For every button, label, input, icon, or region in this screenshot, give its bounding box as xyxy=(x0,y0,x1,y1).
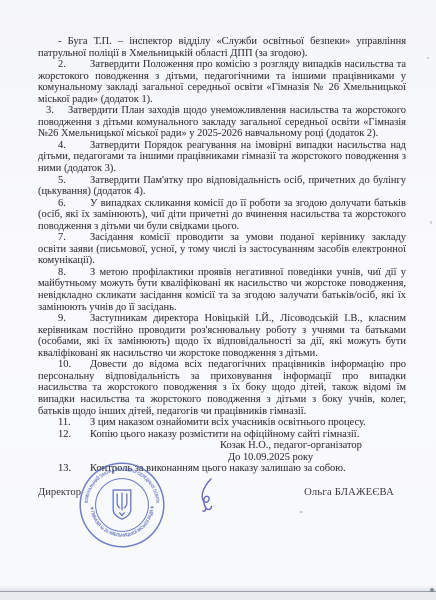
item-number: 4. xyxy=(58,140,90,152)
item-text: Затвердити Положення про комісію з розгл… xyxy=(38,59,406,105)
signature-name: Ольга БЛАЖЕЄВА xyxy=(304,487,394,498)
item-number: 9. xyxy=(58,313,90,325)
paragraph-5: 5.Затвердити Пам'ятку про відповідальніс… xyxy=(38,175,406,198)
item-text: Затвердити Пам'ятку про відповідальність… xyxy=(38,175,406,198)
item-text: Копію цього наказу розмістити на офіційн… xyxy=(90,429,359,440)
paragraph-8: 8.З метою профілактики проявів негативно… xyxy=(38,267,406,313)
item-text: Засідання комісії проводити за умови под… xyxy=(38,232,406,266)
scan-speckle xyxy=(430,221,432,224)
paragraph-6: 6.У випадках скликання комісії до її роб… xyxy=(38,198,406,233)
paragraph-10: 10.Довести до відома всіх педагогічних п… xyxy=(38,359,406,417)
item-text: Затвердити План заходів щодо унеможливле… xyxy=(38,105,406,139)
item-text: У випадках скликання комісії до її робот… xyxy=(38,198,406,232)
item-text: - Буга Т.П. – інспектор відділу «Служби … xyxy=(38,36,406,59)
scan-speckle xyxy=(430,588,434,592)
scanned-page: - Буга Т.П. – інспектор відділу «Служби … xyxy=(0,0,436,600)
item-number: 3. xyxy=(46,105,68,117)
scanner-background xyxy=(0,592,436,600)
scan-speckle xyxy=(299,511,303,513)
item-number: 12. xyxy=(58,429,90,441)
paragraph-7: 7.Засідання комісії проводити за умови п… xyxy=(38,232,406,267)
assignment-responsible: Козак Н.О., педагог-організатор xyxy=(220,440,406,452)
paragraph-11: 11.З цим наказом ознайомити всіх учасник… xyxy=(38,417,406,429)
handwritten-signature-icon xyxy=(192,477,222,519)
item-text: Довести до відома всіх педагогічних прац… xyxy=(38,359,406,416)
item-number: 2. xyxy=(58,59,90,71)
item-number: 10. xyxy=(58,359,90,371)
paragraph-4: 4.Затвердити Порядок реагування на імові… xyxy=(38,140,406,175)
item-text: З метою профілактики проявів негативної … xyxy=(38,267,406,313)
scan-speckle xyxy=(427,57,429,59)
item-number: 7. xyxy=(58,232,90,244)
item-text: Затвердити Порядок реагування на імовірн… xyxy=(38,140,406,174)
paragraph-intro: - Буга Т.П. – інспектор відділу «Служби … xyxy=(38,36,406,59)
paragraph-12: 12.Копію цього наказу розмістити на офіц… xyxy=(38,429,406,441)
document-text: - Буга Т.П. – інспектор відділу «Служби … xyxy=(38,36,406,475)
signature-role-label: Директор xyxy=(38,487,81,498)
item-number: 5. xyxy=(58,175,90,187)
trident-icon xyxy=(113,490,131,519)
item-text: З цим наказом ознайомити всіх учасників … xyxy=(90,417,366,428)
paragraph-9: 9.Заступникам директора Новіцькій І.Й., … xyxy=(38,313,406,359)
item-number: 8. xyxy=(58,267,90,279)
item-number: 11. xyxy=(58,417,90,429)
item-text: Заступникам директора Новіцькій І.Й., Лі… xyxy=(38,313,406,359)
official-seal-stamp-icon: КОМУНАЛЬНИЙ ЗАКЛАД ЗАГАЛЬНОЇ СЕРЕДНЬОЇ О… xyxy=(78,461,166,549)
paragraph-2: 2.Затвердити Положення про комісію з роз… xyxy=(38,59,406,105)
paragraph-3: 3.Затвердити План заходів щодо унеможлив… xyxy=(38,105,406,140)
assignment-deadline: До 10.09.2025 року xyxy=(228,452,406,464)
item-number: 6. xyxy=(58,198,90,210)
